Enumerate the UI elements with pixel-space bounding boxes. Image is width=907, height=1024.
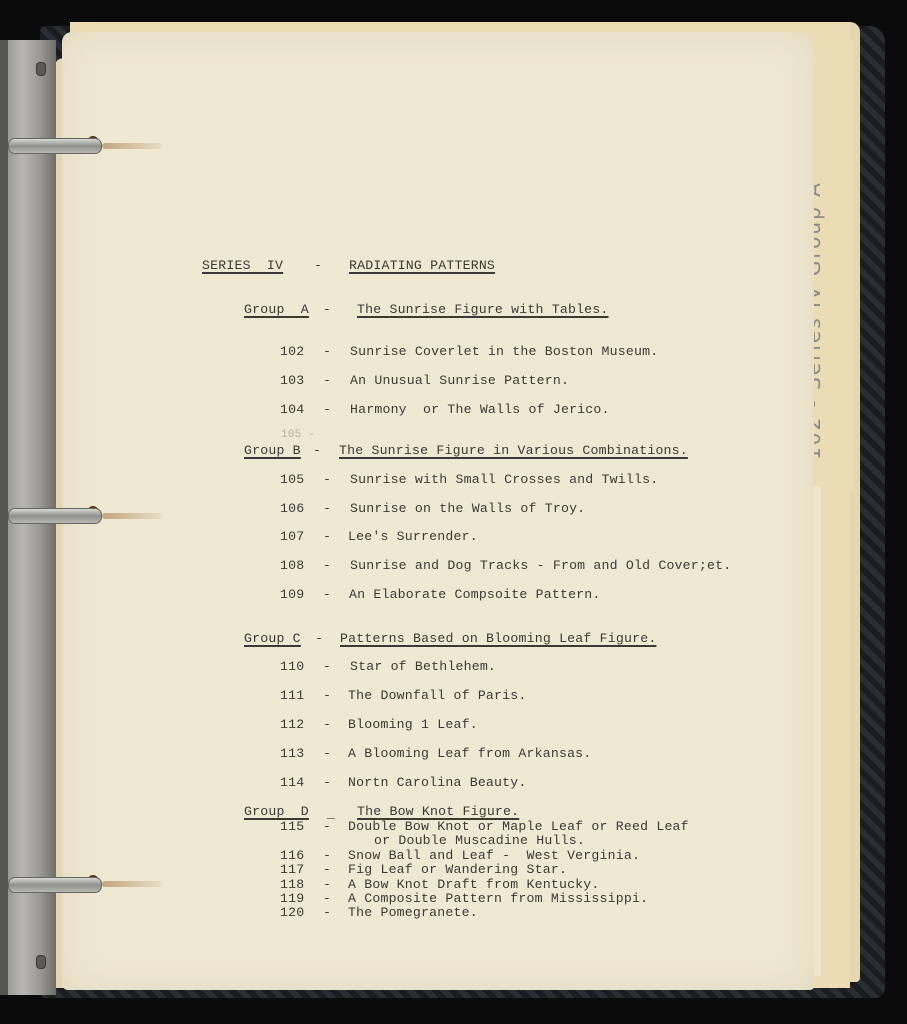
item-title: Blooming 1 Leaf. bbox=[348, 717, 478, 732]
item-dash: - bbox=[323, 775, 331, 790]
item-number: 118 bbox=[280, 877, 304, 892]
item-dash: - bbox=[323, 746, 331, 761]
group-d-title: The Bow Knot Figure. bbox=[357, 804, 519, 819]
item-number: 103 bbox=[280, 373, 304, 388]
item-number: 116 bbox=[280, 848, 304, 863]
item-number: 120 bbox=[280, 905, 304, 920]
item-title: Lee's Surrender. bbox=[348, 529, 478, 544]
item-number: 104 bbox=[280, 402, 304, 417]
item-dash: - bbox=[323, 373, 331, 388]
item-number: 115 bbox=[280, 819, 304, 834]
item-number: 111 bbox=[280, 688, 304, 703]
item-number: 119 bbox=[280, 891, 304, 906]
item-title: Star of Bethlehem. bbox=[350, 659, 496, 674]
item-dash: - bbox=[323, 659, 331, 674]
item-dash: - bbox=[323, 501, 331, 516]
rust-stain bbox=[102, 881, 162, 887]
item-title: Sunrise and Dog Tracks - From and Old Co… bbox=[350, 558, 731, 573]
item-dash: - bbox=[323, 558, 331, 573]
item-title: The Pomegranete. bbox=[348, 905, 478, 920]
binder-ring[interactable] bbox=[8, 138, 102, 154]
item-title: Harmony or The Walls of Jerico. bbox=[350, 402, 610, 417]
item-dash: - bbox=[323, 717, 331, 732]
item-title: Sunrise on the Walls of Troy. bbox=[350, 501, 585, 516]
rivet-icon bbox=[36, 955, 46, 969]
rivet-icon bbox=[36, 62, 46, 76]
item-dash: - bbox=[323, 905, 331, 920]
item-title: Double Bow Knot or Maple Leaf or Reed Le… bbox=[348, 819, 689, 834]
group-c-label: Group C bbox=[244, 631, 301, 646]
group-d-label: Group D bbox=[244, 804, 309, 819]
item-title: Fig Leaf or Wandering Star. bbox=[348, 862, 567, 877]
group-b-title: The Sunrise Figure in Various Combinatio… bbox=[339, 443, 688, 458]
binder-ring[interactable] bbox=[8, 508, 102, 524]
rust-stain bbox=[102, 143, 162, 149]
item-title-continuation: or Double Muscadine Hulls. bbox=[374, 833, 585, 848]
rust-stain bbox=[102, 513, 162, 519]
item-dash: - bbox=[323, 344, 331, 359]
group-a-dash: - bbox=[323, 302, 331, 317]
item-title: Snow Ball and Leaf - West Verginia. bbox=[348, 848, 640, 863]
item-dash: - bbox=[323, 688, 331, 703]
item-title: A Composite Pattern from Mississippi. bbox=[348, 891, 648, 906]
item-title: Nortn Carolina Beauty. bbox=[348, 775, 527, 790]
item-number: 106 bbox=[280, 501, 304, 516]
item-dash: - bbox=[323, 529, 331, 544]
item-number: 105 bbox=[280, 472, 304, 487]
item-number: 108 bbox=[280, 558, 304, 573]
item-dash: - bbox=[323, 472, 331, 487]
item-dash: - bbox=[323, 402, 331, 417]
series-dash: - bbox=[314, 258, 322, 273]
struck-note: 105 - bbox=[281, 429, 315, 441]
item-title: An Elaborate Compsoite Pattern. bbox=[349, 587, 601, 602]
item-number: 114 bbox=[280, 775, 304, 790]
item-number: 109 bbox=[280, 587, 304, 602]
item-dash: - bbox=[323, 891, 331, 906]
item-dash: - bbox=[323, 848, 331, 863]
group-a-title: The Sunrise Figure with Tables. bbox=[357, 302, 609, 317]
item-number: 110 bbox=[280, 659, 304, 674]
item-number: 107 bbox=[280, 529, 304, 544]
binder-ring[interactable] bbox=[8, 877, 102, 893]
item-number: 102 bbox=[280, 344, 304, 359]
group-c-dash: - bbox=[315, 631, 323, 646]
binder-spine-edge bbox=[0, 40, 8, 995]
item-title: A Bow Knot Draft from Kentucky. bbox=[348, 877, 600, 892]
item-title: Sunrise with Small Crosses and Twills. bbox=[350, 472, 658, 487]
item-dash: - bbox=[323, 819, 331, 834]
item-title: An Unusual Sunrise Pattern. bbox=[350, 373, 569, 388]
item-dash: - bbox=[323, 587, 331, 602]
item-number: 112 bbox=[280, 717, 304, 732]
item-dash: - bbox=[323, 862, 331, 877]
group-b-label: Group B bbox=[244, 443, 301, 458]
item-dash: - bbox=[323, 877, 331, 892]
item-number: 113 bbox=[280, 746, 304, 761]
group-a-label: Group A bbox=[244, 302, 309, 317]
series-label: SERIES IV bbox=[202, 258, 283, 273]
group-b-dash: - bbox=[313, 443, 321, 458]
series-title: RADIATING PATTERNS bbox=[349, 258, 495, 273]
item-title: A Blooming Leaf from Arkansas. bbox=[348, 746, 591, 761]
group-c-title: Patterns Based on Blooming Leaf Figure. bbox=[340, 631, 656, 646]
item-number: 117 bbox=[280, 862, 304, 877]
item-title: The Downfall of Paris. bbox=[348, 688, 527, 703]
item-title: Sunrise Coverlet in the Boston Museum. bbox=[350, 344, 658, 359]
